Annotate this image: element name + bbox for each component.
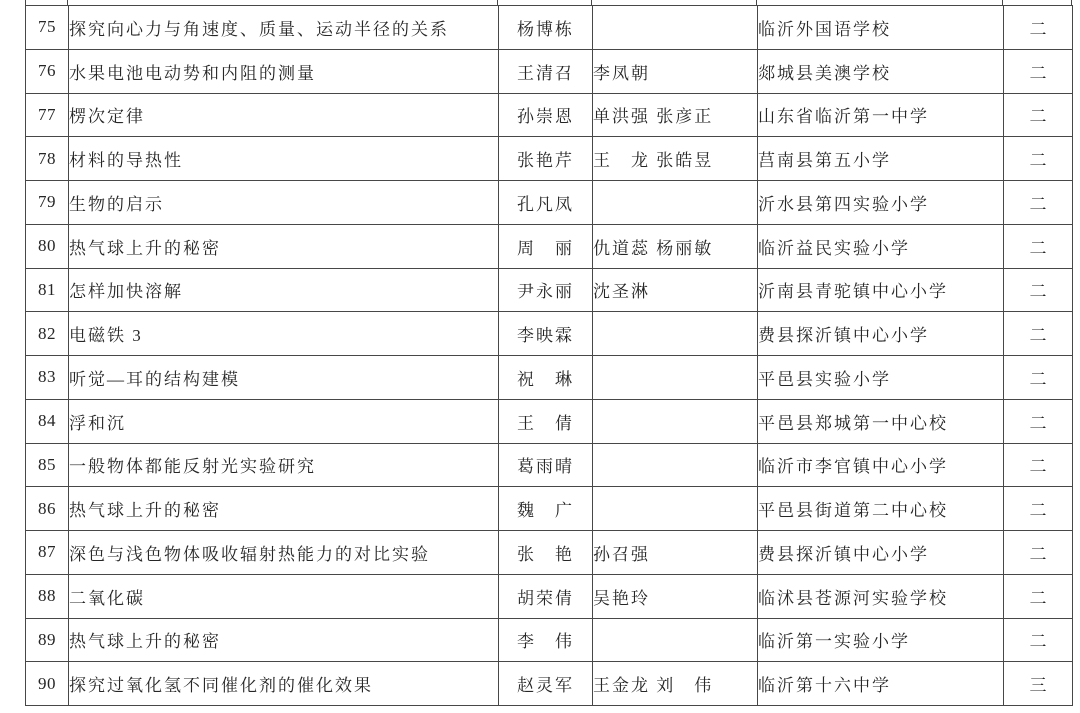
project-title-cell: 材料的导热性 — [69, 137, 499, 181]
table-row: 77 楞次定律 孙崇恩 单洪强 张彦正 山东省临沂第一中学 二 — [26, 93, 1073, 137]
author-cell: 赵灵军 — [499, 662, 593, 706]
award-grade-cell: 二 — [1004, 93, 1073, 137]
row-number-cell: 82 — [26, 312, 69, 356]
author-cell: 李映霖 — [499, 312, 593, 356]
row-number-cell: 84 — [26, 399, 69, 443]
co-authors-cell: 沈圣淋 — [593, 268, 758, 312]
award-grade-cell: 二 — [1004, 356, 1073, 400]
row-number-cell: 80 — [26, 224, 69, 268]
school-cell: 沂南县青驼镇中心小学 — [758, 268, 1004, 312]
row-number-cell: 83 — [26, 356, 69, 400]
author-cell: 张艳芹 — [499, 137, 593, 181]
co-authors-cell: 单洪强 张彦正 — [593, 93, 758, 137]
school-cell: 费县探沂镇中心小学 — [758, 312, 1004, 356]
project-title-cell: 楞次定律 — [69, 93, 499, 137]
project-title-cell: 听觉—耳的结构建模 — [69, 356, 499, 400]
co-authors-cell — [593, 487, 758, 531]
award-grade-cell: 二 — [1004, 531, 1073, 575]
table-row: 90 探究过氧化氢不同催化剂的催化效果 赵灵军 王金龙 刘 伟 临沂第十六中学 … — [26, 662, 1073, 706]
row-number-cell: 90 — [26, 662, 69, 706]
award-grade-cell: 二 — [1004, 443, 1073, 487]
award-grade-cell: 二 — [1004, 224, 1073, 268]
document-page: 75 探究向心力与角速度、质量、运动半径的关系 杨博栋 临沂外国语学校 二 76… — [0, 0, 1080, 713]
co-authors-cell: 王金龙 刘 伟 — [593, 662, 758, 706]
award-grade-cell: 二 — [1004, 312, 1073, 356]
school-cell: 沂水县第四实验小学 — [758, 181, 1004, 225]
row-number-cell: 81 — [26, 268, 69, 312]
table-row: 82 电磁铁 3 李映霖 费县探沂镇中心小学 二 — [26, 312, 1073, 356]
project-title-cell: 热气球上升的秘密 — [69, 224, 499, 268]
school-cell: 平邑县郑城第一中心校 — [758, 399, 1004, 443]
project-title-cell: 一般物体都能反射光实验研究 — [69, 443, 499, 487]
table-row: 79 生物的启示 孔凡凤 沂水县第四实验小学 二 — [26, 181, 1073, 225]
project-title-cell: 水果电池电动势和内阻的测量 — [69, 49, 499, 93]
row-number-cell: 86 — [26, 487, 69, 531]
award-grade-cell: 二 — [1004, 181, 1073, 225]
project-title-cell: 电磁铁 3 — [69, 312, 499, 356]
table-row: 83 听觉—耳的结构建模 祝 琳 平邑县实验小学 二 — [26, 356, 1073, 400]
award-grade-cell: 二 — [1004, 399, 1073, 443]
award-grade-cell: 三 — [1004, 662, 1073, 706]
author-cell: 王 倩 — [499, 399, 593, 443]
row-number-cell: 77 — [26, 93, 69, 137]
co-authors-cell — [593, 181, 758, 225]
award-grade-cell: 二 — [1004, 49, 1073, 93]
project-title-cell: 浮和沉 — [69, 399, 499, 443]
author-cell: 葛雨晴 — [499, 443, 593, 487]
table-row: 76 水果电池电动势和内阻的测量 王清召 李凤朝 郯城县美澳学校 二 — [26, 49, 1073, 93]
award-grade-cell: 二 — [1004, 268, 1073, 312]
author-cell: 孔凡凤 — [499, 181, 593, 225]
award-grade-cell: 二 — [1004, 6, 1073, 50]
row-number-cell: 75 — [26, 6, 69, 50]
project-title-cell: 热气球上升的秘密 — [69, 487, 499, 531]
school-cell: 郯城县美澳学校 — [758, 49, 1004, 93]
row-number-cell: 85 — [26, 443, 69, 487]
project-title-cell: 怎样加快溶解 — [69, 268, 499, 312]
school-cell: 临沂第十六中学 — [758, 662, 1004, 706]
project-title-cell: 探究过氧化氢不同催化剂的催化效果 — [69, 662, 499, 706]
co-authors-cell — [593, 356, 758, 400]
author-cell: 周 丽 — [499, 224, 593, 268]
author-cell: 孙崇恩 — [499, 93, 593, 137]
co-authors-cell — [593, 6, 758, 50]
project-title-cell: 热气球上升的秘密 — [69, 618, 499, 662]
project-title-cell: 二氧化碳 — [69, 574, 499, 618]
school-cell: 平邑县实验小学 — [758, 356, 1004, 400]
co-authors-cell — [593, 618, 758, 662]
table-row: 85 一般物体都能反射光实验研究 葛雨晴 临沂市李官镇中心小学 二 — [26, 443, 1073, 487]
school-cell: 临沂市李官镇中心小学 — [758, 443, 1004, 487]
award-list-table: 75 探究向心力与角速度、质量、运动半径的关系 杨博栋 临沂外国语学校 二 76… — [25, 5, 1073, 706]
school-cell: 费县探沂镇中心小学 — [758, 531, 1004, 575]
co-authors-cell: 孙召强 — [593, 531, 758, 575]
author-cell: 魏 广 — [499, 487, 593, 531]
school-cell: 临沭县苍源河实验学校 — [758, 574, 1004, 618]
row-number-cell: 87 — [26, 531, 69, 575]
table-row: 88 二氧化碳 胡荣倩 吴艳玲 临沭县苍源河实验学校 二 — [26, 574, 1073, 618]
author-cell: 王清召 — [499, 49, 593, 93]
author-cell: 祝 琳 — [499, 356, 593, 400]
co-authors-cell: 仇道蕊 杨丽敏 — [593, 224, 758, 268]
school-cell: 莒南县第五小学 — [758, 137, 1004, 181]
school-cell: 临沂第一实验小学 — [758, 618, 1004, 662]
school-cell: 临沂外国语学校 — [758, 6, 1004, 50]
table-row: 78 材料的导热性 张艳芹 王 龙 张皓昱 莒南县第五小学 二 — [26, 137, 1073, 181]
table-row: 84 浮和沉 王 倩 平邑县郑城第一中心校 二 — [26, 399, 1073, 443]
co-authors-cell: 吴艳玲 — [593, 574, 758, 618]
award-grade-cell: 二 — [1004, 574, 1073, 618]
co-authors-cell — [593, 443, 758, 487]
table-body: 75 探究向心力与角速度、质量、运动半径的关系 杨博栋 临沂外国语学校 二 76… — [26, 6, 1073, 706]
table-row: 86 热气球上升的秘密 魏 广 平邑县街道第二中心校 二 — [26, 487, 1073, 531]
co-authors-cell: 李凤朝 — [593, 49, 758, 93]
school-cell: 山东省临沂第一中学 — [758, 93, 1004, 137]
co-authors-cell — [593, 399, 758, 443]
row-number-cell: 79 — [26, 181, 69, 225]
row-number-cell: 76 — [26, 49, 69, 93]
project-title-cell: 深色与浅色物体吸收辐射热能力的对比实验 — [69, 531, 499, 575]
row-number-cell: 89 — [26, 618, 69, 662]
award-grade-cell: 二 — [1004, 137, 1073, 181]
author-cell: 杨博栋 — [499, 6, 593, 50]
author-cell: 尹永丽 — [499, 268, 593, 312]
school-cell: 临沂益民实验小学 — [758, 224, 1004, 268]
table-row: 81 怎样加快溶解 尹永丽 沈圣淋 沂南县青驼镇中心小学 二 — [26, 268, 1073, 312]
table-row: 89 热气球上升的秘密 李 伟 临沂第一实验小学 二 — [26, 618, 1073, 662]
table-row: 87 深色与浅色物体吸收辐射热能力的对比实验 张 艳 孙召强 费县探沂镇中心小学… — [26, 531, 1073, 575]
author-cell: 张 艳 — [499, 531, 593, 575]
award-grade-cell: 二 — [1004, 618, 1073, 662]
co-authors-cell — [593, 312, 758, 356]
author-cell: 胡荣倩 — [499, 574, 593, 618]
award-grade-cell: 二 — [1004, 487, 1073, 531]
project-title-cell: 生物的启示 — [69, 181, 499, 225]
co-authors-cell: 王 龙 张皓昱 — [593, 137, 758, 181]
row-number-cell: 78 — [26, 137, 69, 181]
table-row: 75 探究向心力与角速度、质量、运动半径的关系 杨博栋 临沂外国语学校 二 — [26, 6, 1073, 50]
row-number-cell: 88 — [26, 574, 69, 618]
table-row: 80 热气球上升的秘密 周 丽 仇道蕊 杨丽敏 临沂益民实验小学 二 — [26, 224, 1073, 268]
school-cell: 平邑县街道第二中心校 — [758, 487, 1004, 531]
author-cell: 李 伟 — [499, 618, 593, 662]
project-title-cell: 探究向心力与角速度、质量、运动半径的关系 — [69, 6, 499, 50]
